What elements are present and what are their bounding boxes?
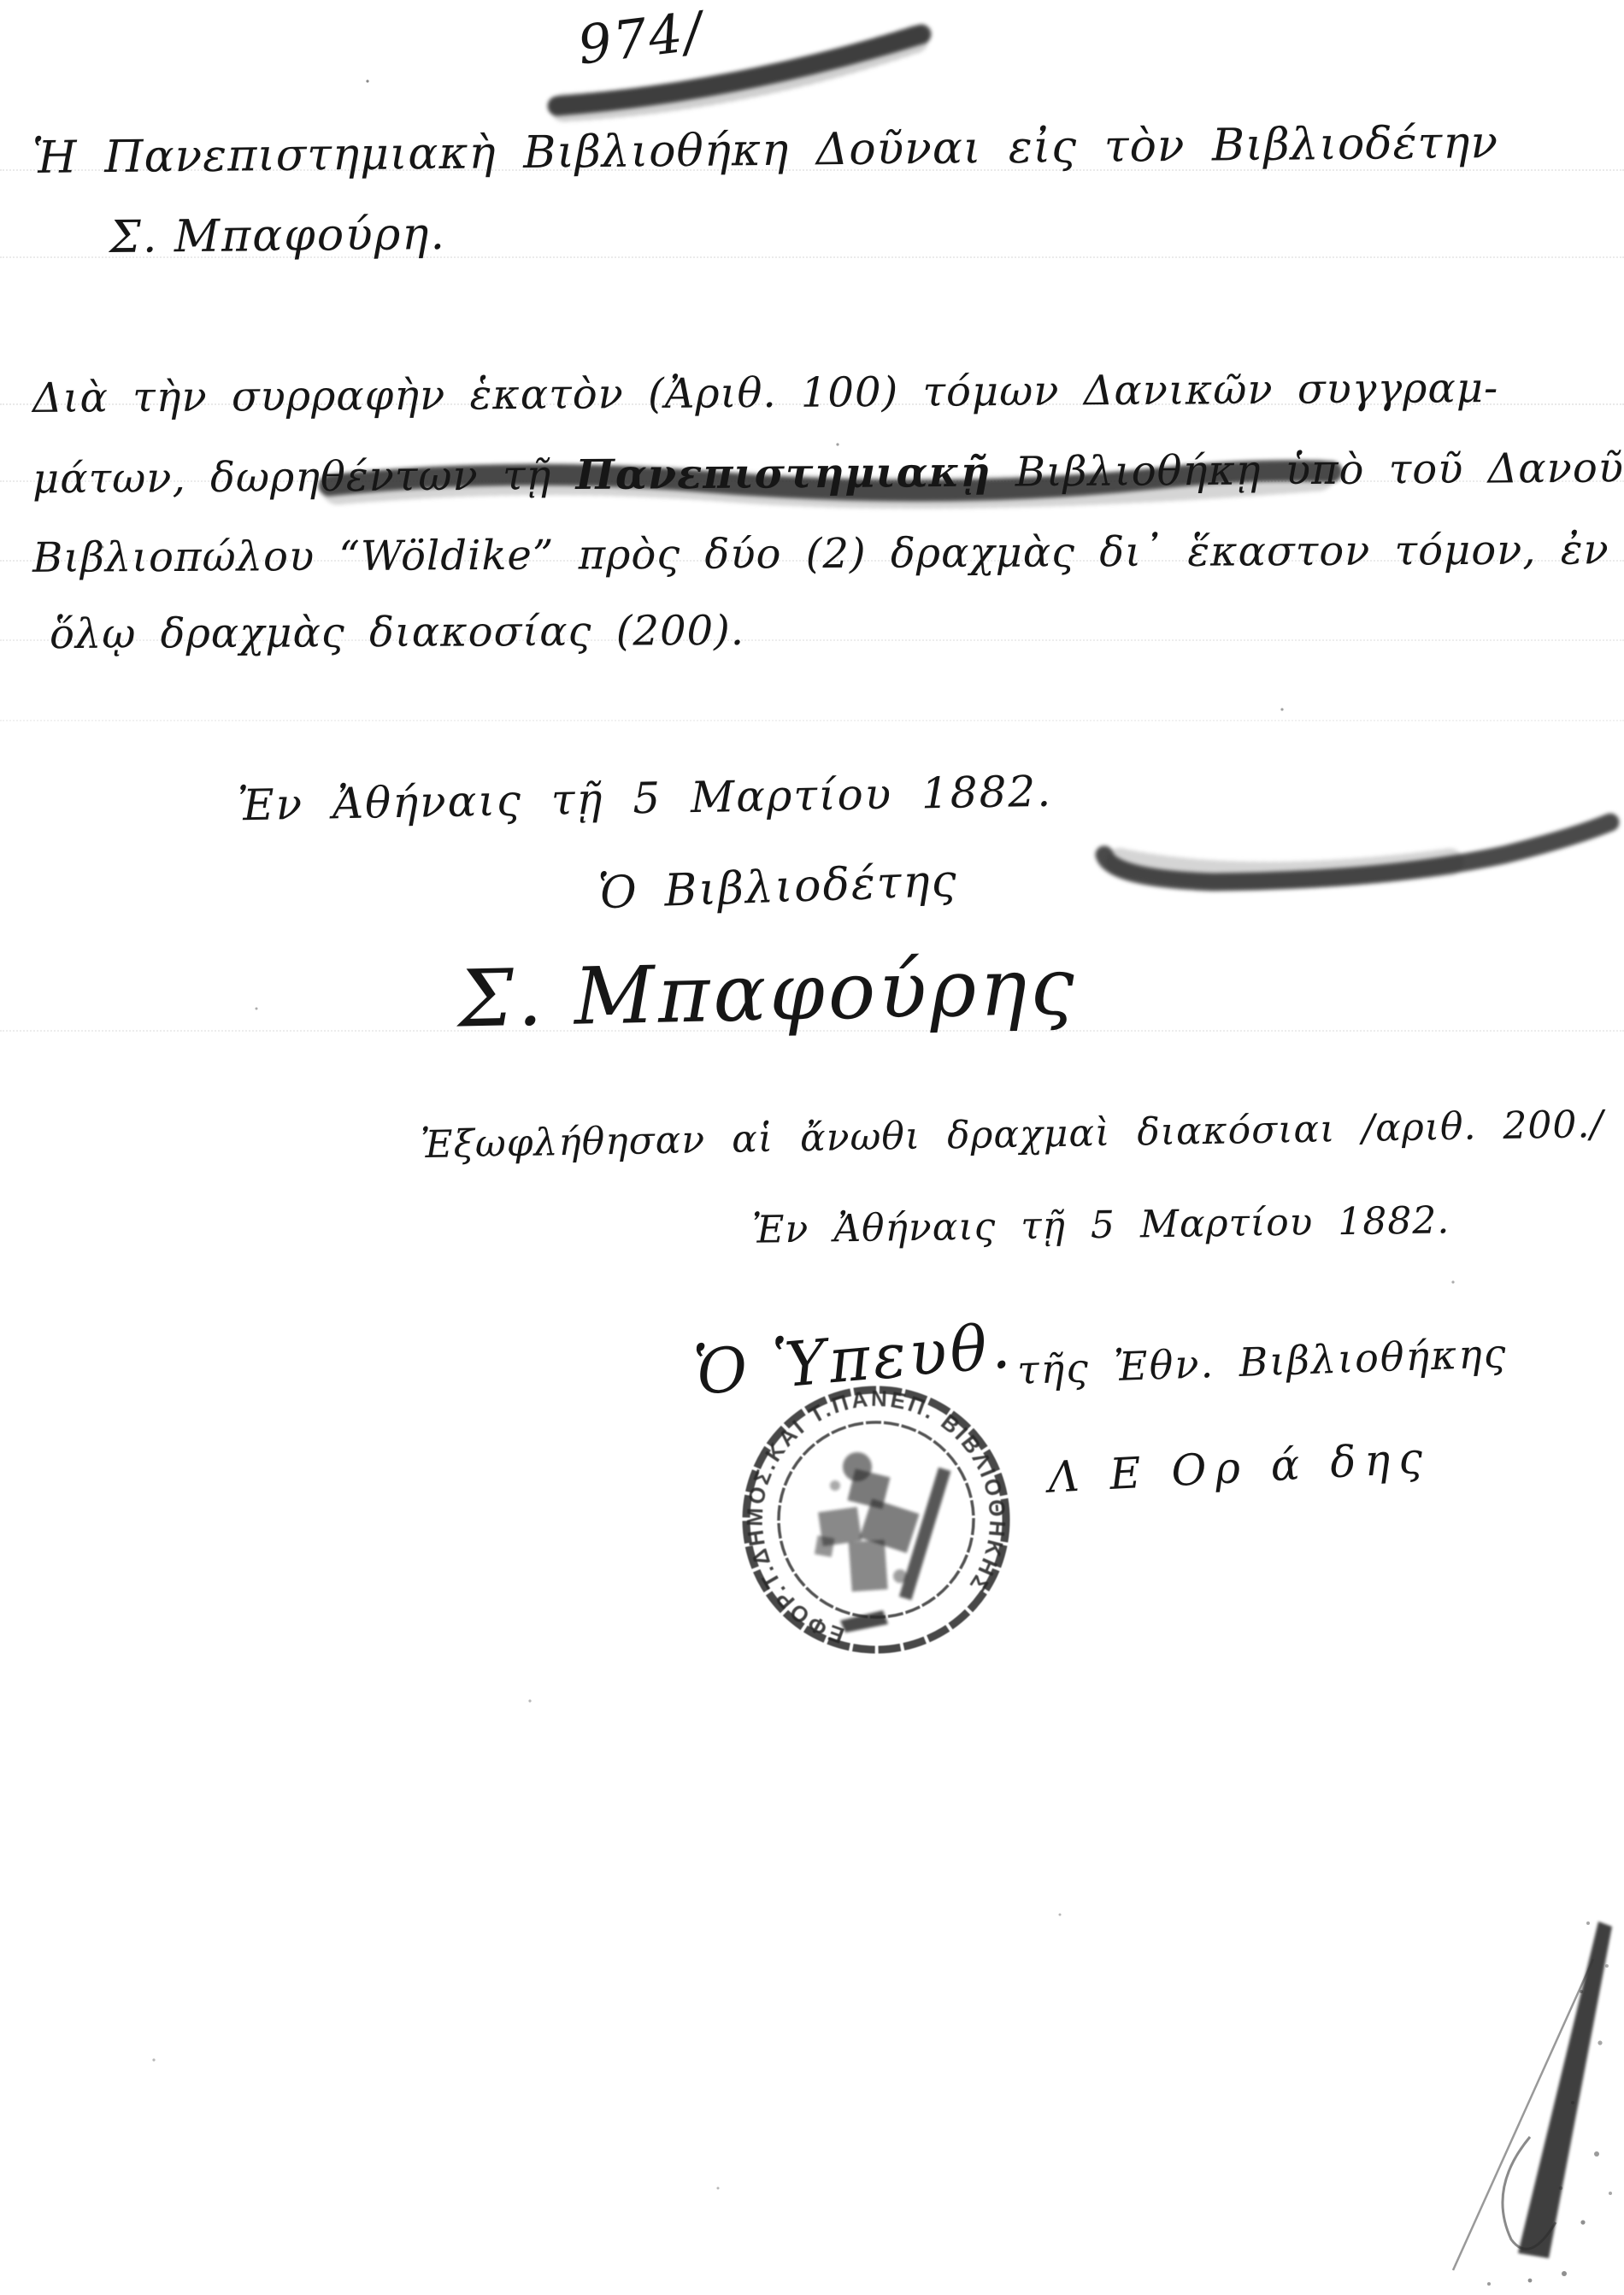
doc-number: 974/ [574, 0, 707, 77]
binder-signature: Σ. Μπαφούρης [457, 940, 1079, 1045]
binder-role: Ὁ Βιβλιοδέτης [597, 856, 959, 920]
ruled-line [0, 720, 1624, 721]
certifier-signature: Λ Ε Ορ ά δης [1047, 1433, 1433, 1502]
body-line-2-emphasis: Πανεπιστημιακῇ [575, 449, 991, 499]
opening-line-1: Ἡ Πανεπιστημιακὴ Βιβλιοθήκη Δοῦναι εἰς τ… [32, 117, 1499, 184]
charcoal-smudge-date [1104, 822, 1610, 882]
crease-speckles [1487, 1921, 1612, 2286]
receipt-line-2: Ἐν Ἀθήναις τῇ 5 Μαρτίου 1882. [752, 1198, 1450, 1251]
corner-crease [1453, 1921, 1612, 2286]
body-line-2: μάτων, δωρηθέντων τῇ Πανεπιστημιακῇ Βιβλ… [32, 444, 1624, 503]
library-stamp: ΕΦΟΡ.Τ.ΔΗΜΟΣ.ΚΑΙ Τ.ΠΑΝΕΠ. ΒΙΒΛΙΟΘΗΚΗΣ [727, 1368, 1026, 1667]
scanned-document-page: 974/ Ἡ Πανεπιστημιακὴ Βιβλιοθήκη Δοῦναι … [0, 0, 1624, 2295]
receipt-line-1: Ἐξωφλήθησαν αἱ ἄνωθι δραχμαὶ διακόσιαι /… [421, 1103, 1604, 1167]
opening-line-2: Σ. Μπαφούρη. [109, 209, 447, 263]
certifier-role-text: τῆς Ἐθν. Βιβλιοθήκης [1016, 1330, 1508, 1393]
body-line-2-pre: μάτων, δωρηθέντων τῇ [32, 451, 576, 503]
body-line-2-post: Βιβλιοθήκῃ ὑπὸ τοῦ Δανοῦ [991, 444, 1624, 497]
body-line-3: Βιβλιοπώλου “Wöldike” πρὸς δύο (2) δραχμ… [32, 526, 1609, 582]
stamp-emblem [815, 1452, 951, 1633]
body-line-4: ὅλῳ δραχμὰς διακοσίας (200). [50, 607, 744, 658]
body-line-1: Διὰ τὴν συρραφὴν ἑκατὸν (Ἀριθ. 100) τόμω… [32, 364, 1499, 422]
dateline: Ἐν Ἀθήναις τῇ 5 Μαρτίου 1882. [238, 767, 1053, 831]
